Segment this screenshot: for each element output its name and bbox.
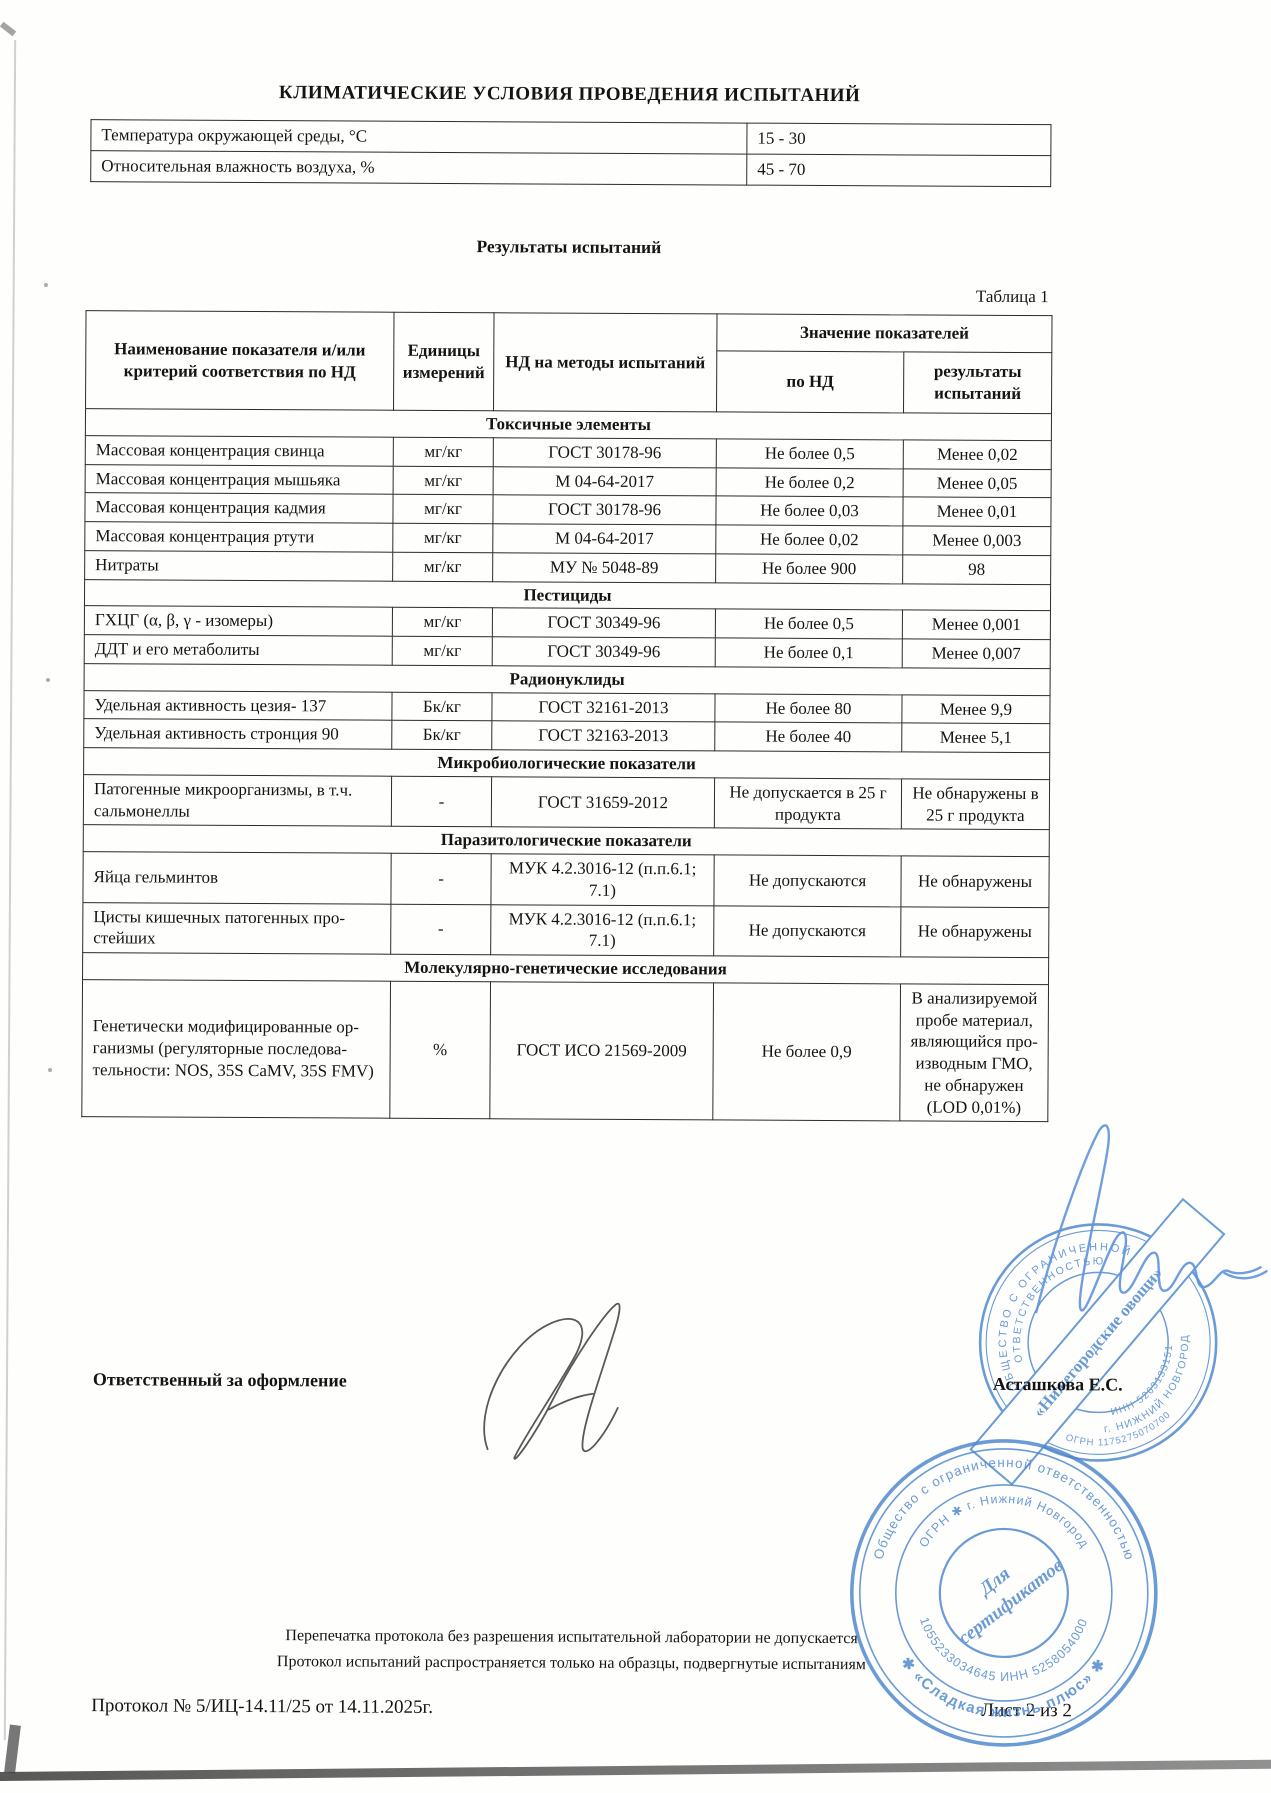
cell-result: Не обнаружены — [901, 906, 1049, 957]
climate-row: Относительная влажность воздуха, %45 - 7… — [91, 151, 1051, 187]
cell-method: МУК 4.2.3016-12 (п.п.6.1; 7.1) — [491, 904, 714, 956]
cell-result: Не обнаружены в 25 г продукта — [901, 779, 1049, 830]
cell-method: МУК 4.2.3016-12 (п.п.6.1; 7.1) — [491, 854, 714, 906]
page-title: КЛИМАТИЧЕСКИЕ УСЛОВИЯ ПРОВЕДЕНИЯ ИСПЫТАН… — [87, 81, 1053, 108]
cell-method: ГОСТ 30178-96 — [493, 495, 716, 525]
cell-method: ГОСТ 30349-96 — [492, 637, 715, 667]
cell-norm: Не более 0,2 — [716, 467, 903, 497]
cell-name: Генетически модифицированные ор-ганизмы … — [82, 979, 391, 1118]
scan-speck — [48, 1068, 52, 1072]
col-header-norm: по НД — [717, 351, 904, 413]
cell-result: Менее 0,05 — [903, 468, 1051, 498]
climate-table-body: Температура окружающей среды, °С15 - 30О… — [91, 120, 1051, 187]
cell-result: Менее 0,01 — [903, 497, 1051, 527]
results-table: Наименование показателя и/или критерий с… — [81, 310, 1052, 1122]
scan-speck — [46, 678, 50, 682]
cell-method: ГОСТ 32161-2013 — [492, 692, 715, 722]
cell-units: мг/кг — [392, 607, 492, 636]
cell-units: мг/кг — [393, 494, 493, 523]
footer-note-1: Перепечатка протокола без разрешения исп… — [197, 1627, 947, 1649]
cell-norm: Не более 40 — [715, 722, 902, 752]
cell-method: ГОСТ 31659-2012 — [491, 776, 714, 828]
svg-text:Общество с ограниченной ответс: Общество с ограниченной ответственностью — [871, 1454, 1138, 1562]
cell-units: - — [391, 776, 491, 827]
col-header-value-group: Значение показателей — [717, 314, 1052, 353]
result-row: Генетически модифицированные ор-ганизмы … — [82, 979, 1049, 1122]
cell-name: Удельная активность цезия- 137 — [84, 690, 392, 720]
cell-norm: Не более 0,9 — [713, 983, 901, 1121]
cell-norm: Не более 0,1 — [715, 638, 902, 668]
cell-method: ГОСТ 30349-96 — [492, 608, 715, 638]
cell-name: Яйца гельминтов — [83, 852, 391, 904]
cell-units: мг/кг — [392, 636, 492, 665]
black-signature — [452, 1289, 683, 1480]
cell-method: ГОСТ 30178-96 — [493, 437, 716, 467]
climate-param-label: Относительная влажность воздуха, % — [91, 151, 747, 185]
result-row: Цисты кишечных патогенных про-стейших-МУ… — [83, 902, 1049, 958]
col-header-method: НД на методы испытаний — [494, 313, 718, 412]
cell-units: мг/кг — [393, 437, 493, 466]
cell-result: Не обнаружены — [901, 856, 1049, 907]
cell-method: МУ № 5048-89 — [493, 552, 716, 582]
results-table-body: Токсичные элементыМассовая концентрация … — [82, 409, 1052, 1122]
cell-name: Патогенные микроорганизмы, в т.ч. сальмо… — [83, 774, 391, 826]
cell-norm: Не более 0,03 — [716, 496, 903, 526]
result-row: Яйца гельминтов-МУК 4.2.3016-12 (п.п.6.1… — [83, 852, 1049, 908]
cell-name: Нитраты — [85, 550, 393, 580]
col-header-units: Единицы измерений — [394, 312, 495, 411]
cell-result: В анализируемой пробе материал, являющий… — [900, 984, 1049, 1122]
cell-units: мг/кг — [393, 523, 493, 552]
cell-name: ДДТ и его метаболиты — [84, 635, 392, 665]
climate-param-value: 45 - 70 — [747, 154, 1051, 187]
col-header-result: результаты испытаний — [904, 352, 1052, 414]
table-caption: Таблица 1 — [86, 282, 1049, 307]
cell-result: 98 — [903, 555, 1051, 585]
cell-units: мг/кг — [393, 466, 493, 495]
cell-name: Массовая концентрация мышьяка — [85, 464, 393, 494]
result-row: Патогенные микроорганизмы, в т.ч. сальмо… — [83, 774, 1049, 830]
cell-method: ГОСТ ИСО 21569-2009 — [490, 981, 714, 1120]
cell-units: Бк/кг — [392, 692, 492, 721]
responsible-label: Ответственный за оформление — [93, 1369, 347, 1391]
cell-norm: Не более 900 — [716, 554, 903, 584]
cell-norm: Не допускаются — [714, 905, 901, 956]
lower-stamp-org: Общество с ограниченной ответственностью — [871, 1454, 1138, 1562]
climate-row: Температура окружающей среды, °С15 - 30 — [91, 120, 1051, 156]
document-page: КЛИМАТИЧЕСКИЕ УСЛОВИЯ ПРОВЕДЕНИЯ ИСПЫТАН… — [0, 0, 1271, 1793]
cell-units: - — [391, 853, 491, 904]
cell-result: Менее 0,007 — [902, 639, 1050, 669]
cell-name: Цисты кишечных патогенных про-стейших — [83, 902, 391, 954]
cell-name: Массовая концентрация ртути — [85, 522, 393, 552]
cell-norm: Не допускается в 25 г продукта — [714, 778, 901, 829]
cell-name: ГХЦГ (α, β, γ - изомеры) — [84, 606, 392, 636]
lower-stamp-ogrn-city: ОГРН ✱ г. Нижний Новгород — [916, 1491, 1092, 1550]
cell-units: Бк/кг — [392, 720, 492, 749]
cell-name: Массовая концентрация кадмия — [85, 493, 393, 523]
company-stamp-lower: Общество с ограниченной ответственностью… — [844, 1433, 1164, 1753]
cell-result: Менее 0,001 — [902, 610, 1050, 640]
cell-method: ГОСТ 32163-2013 — [492, 721, 715, 751]
responsible-name: Асташкова Е.С. — [993, 1374, 1123, 1396]
lower-stamp-name: ✱ «Сладкая жизнь плюс» ✱ — [897, 1654, 1110, 1722]
cell-units: - — [391, 904, 491, 955]
svg-text:1055233034645 ИНН 5258054000: 1055233034645 ИНН 5258054000 — [917, 1615, 1091, 1684]
cell-norm: Не более 0,5 — [716, 439, 903, 469]
cell-norm: Не более 80 — [715, 693, 902, 723]
climate-table: Температура окружающей среды, °С15 - 30О… — [90, 119, 1051, 187]
cell-units: % — [390, 981, 491, 1119]
cell-method: М 04-64-2017 — [493, 524, 716, 554]
climate-param-value: 15 - 30 — [747, 123, 1051, 156]
lower-stamp-numbers: 1055233034645 ИНН 5258054000 — [917, 1615, 1091, 1684]
cell-result: Менее 5,1 — [902, 723, 1050, 753]
blue-signature — [998, 1112, 1271, 1384]
protocol-number: Протокол № 5/ИЦ-14.11/25 от 14.11.2025г. — [91, 1695, 433, 1719]
climate-param-label: Температура окружающей среды, °С — [91, 120, 747, 154]
cell-norm: Не более 0,5 — [715, 609, 902, 639]
svg-text:✱ «Сладкая жизнь плюс» ✱: ✱ «Сладкая жизнь плюс» ✱ — [897, 1654, 1110, 1722]
cell-result: Менее 0,02 — [903, 440, 1051, 470]
cell-name: Массовая концентрация свинца — [85, 435, 393, 465]
results-heading: Результаты испытаний — [86, 234, 1052, 260]
cell-name: Удельная активность стронция 90 — [84, 719, 392, 749]
cell-method: М 04-64-2017 — [493, 466, 716, 496]
cell-result: Менее 0,003 — [903, 526, 1051, 556]
cell-norm: Не более 0,02 — [716, 525, 903, 555]
svg-text:ОГРН ✱ г. Нижний Новгород: ОГРН ✱ г. Нижний Новгород — [916, 1491, 1092, 1550]
cell-result: Менее 9,9 — [902, 694, 1050, 724]
scan-speck — [44, 283, 48, 287]
col-header-name: Наименование показателя и/или критерий с… — [86, 311, 395, 411]
cell-units: мг/кг — [393, 552, 493, 581]
cell-norm: Не допускаются — [714, 855, 901, 906]
footer-note-2: Протокол испытаний распространяется толь… — [196, 1653, 946, 1675]
